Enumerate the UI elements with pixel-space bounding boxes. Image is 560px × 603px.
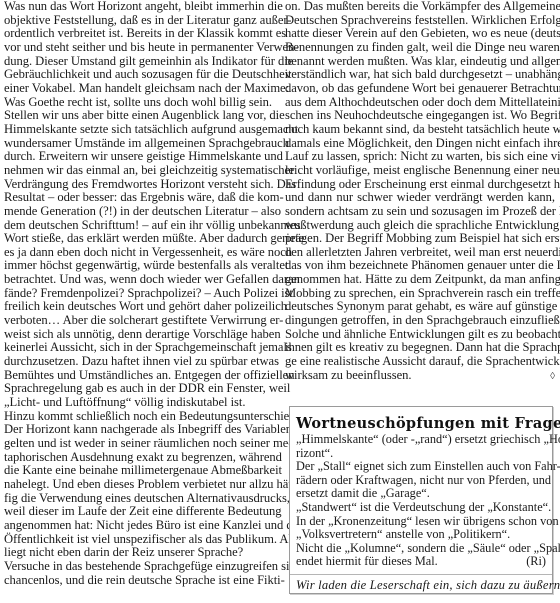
text-line: prägen. Der Begriff Mobbing zum Beispiel… — [285, 232, 555, 246]
text-line: liegt nicht eben darin der Reiz unserer … — [4, 546, 272, 560]
text-line: durch. Erweitern wir unsere geistige Him… — [4, 150, 272, 164]
text-line: wußtwerdung auch gleich die sprachliche … — [285, 219, 555, 233]
text-line: freilich kein deutsches Wort und gehört … — [4, 300, 272, 314]
text-line: rädern oder Kraftwagen, nicht nur von Pf… — [296, 474, 546, 488]
text-line: Stellen wir uns aber bitte einen Augenbl… — [4, 109, 272, 123]
text-line: betrachtet. Und was, wenn doch wieder we… — [4, 273, 272, 287]
text-line: ersetzt damit die „Garage“. — [296, 487, 546, 501]
text-line: noch kaum bekannt sind, da besteht tatsä… — [285, 123, 555, 137]
text-line: den allerletzten Jahren verbreitet, weil… — [285, 246, 555, 260]
text-line: genommen hat. Hätte zu dem Zeitpunkt, da… — [285, 273, 555, 287]
text-line: verboten… Aber die solcherart gestiftete… — [4, 314, 272, 328]
text-line: wirksam zu beeinflussen.◊ — [285, 369, 555, 383]
text-line: ihnen gilt es kreativ zu begegnen. Dann … — [285, 341, 555, 355]
text-line: taphorischen Ausdehnung exakt zu begrenz… — [4, 451, 272, 465]
end-of-article-mark: ◊ — [550, 370, 555, 384]
text-line: Resultat – oder besser: das Ergebnis wär… — [4, 191, 272, 205]
text-line: Versuche in das bestehende Sprachgefüge … — [4, 560, 272, 574]
text-line: endet hiermit für dieses Mal.(Ri) — [296, 555, 546, 569]
text-line: Himmelskante setzte sich tatsächlich auf… — [4, 123, 272, 137]
text-line: hatte dieser Verein auf den Gebieten, wo… — [285, 27, 555, 41]
text-line: Der „Stall“ eignet sich zum Einstellen a… — [296, 460, 546, 474]
text-line: „Licht- und Luftöffnung“ völlig indiskut… — [4, 396, 272, 410]
text-line: das von ihm bezeichnete Phänomen genauer… — [285, 259, 555, 273]
text-line: Sprachregelung gab es auch in der DDR ei… — [4, 382, 272, 396]
article-left-column: Was nun das Wort Horizont angeht, bleibt… — [4, 0, 272, 587]
sidebar-box-divider — [290, 574, 552, 575]
text-line: vor und steht seither und bis heute in p… — [4, 41, 272, 55]
text-line: Nicht die „Kolumne“, sondern die „Säule“… — [296, 542, 546, 556]
sidebar-box-body: „Himmelskante“ (oder -„rand“) ersetzt gr… — [296, 433, 546, 569]
text-line: Der Horizont kann nachgerade als Inbegri… — [4, 423, 272, 437]
text-line: Öffentlichkeit ist viel unspezifischer a… — [4, 533, 272, 547]
text-line: ordentlich verbreitet ist. Bereits in de… — [4, 27, 272, 41]
text-line: leicht vorläufige, meist englische Benen… — [285, 164, 555, 178]
text-line: Lauf zu lassen, sprich: Nicht zu warten,… — [285, 150, 555, 164]
text-line: die Kante eine beinahe millimetergenaue … — [4, 464, 272, 478]
text-line: fände? Fremdenpolizei? Sprachpolizei? – … — [4, 287, 272, 301]
text-line: Wort stieße, das erklärt werden müßte. A… — [4, 232, 272, 246]
text-line: damals eine Möglichkeit, den Dingen nich… — [285, 137, 555, 151]
text-line: „Himmelskante“ (oder -„rand“) ersetzt gr… — [296, 433, 546, 447]
text-line: einer Vokabel. Man handelt gleichsam nac… — [4, 82, 272, 96]
text-line: Bemühtes und Umständliches an. Entgegen … — [4, 369, 272, 383]
text-line: angenommen hat: Nicht jedes Büro ist ein… — [4, 519, 272, 533]
text-line: keinerlei Aussicht, sich in der Sprachge… — [4, 341, 272, 355]
reader-invitation: Wir laden die Leserschaft ein, sich dazu… — [296, 578, 546, 593]
text-line: In der „Kronenzeitung“ lesen wir übrigen… — [296, 515, 546, 529]
text-line: chancenlos, und die rein deutsche Sprach… — [4, 574, 272, 588]
text-line: nahelegt. Und eben dieses Problem verbie… — [4, 478, 272, 492]
text-line: weist sich als unnötig, denn derartige V… — [4, 328, 272, 342]
article-right-column: on. Das mußten bereits die Vorkämpfer de… — [285, 0, 555, 383]
author-signature: (Ri) — [526, 555, 546, 569]
text-line: davon, ob das gefundene Wort bei genauer… — [285, 82, 555, 96]
text-line: Hinzu kommt schließlich noch ein Bedeutu… — [4, 410, 272, 424]
text-line: es ja dann eben doch nicht in Vergessenh… — [4, 246, 272, 260]
text-line: benannt werden mußten. Was klar, eindeut… — [285, 55, 555, 69]
text-line: „Volksvertretern“ anstelle von „Politike… — [296, 528, 546, 542]
text-line: Gebräuchlichkeit und auch sozusagen für … — [4, 68, 272, 82]
text-line: wundersamer Umstände im allgemeinen Spra… — [4, 137, 272, 151]
text-line: dem deutschen Schrifttum! – auf ein ihr … — [4, 219, 272, 233]
text-line: schen ins Neuhochdeutsche eingegangen is… — [285, 109, 555, 123]
text-line: Was nun das Wort Horizont angeht, bleibt… — [4, 0, 272, 14]
text-line: Benennungen zu finden galt, weil die Din… — [285, 41, 555, 55]
text-line: und dann nur schwer wieder verdrängt wer… — [285, 191, 555, 205]
text-line: dingungen getroffen, in den Sprachgebrau… — [285, 314, 555, 328]
text-line: aus dem Althochdeutschen oder doch dem M… — [285, 96, 555, 110]
text-line: ge eine realistische Aussicht darauf, di… — [285, 355, 555, 369]
text-line: Erfindung oder Erscheinung erst einmal d… — [285, 178, 555, 192]
text-line: gelten und ist weder in seiner räumliche… — [4, 437, 272, 451]
text-line: mende Generation (?!) in der deutschen L… — [4, 205, 272, 219]
text-line: Verdrängung des Fremdwortes Horizont ver… — [4, 178, 272, 192]
text-line: verständlich war, hat sich bald durchges… — [285, 68, 555, 82]
text-line: deutsches Synonym parat gehabt, es wäre … — [285, 300, 555, 314]
text-line: „Standwert“ ist die Verdeutschung der „K… — [296, 501, 546, 515]
text-line: weil dieser im Laufe der Zeit eine diffe… — [4, 505, 272, 519]
text-line: Was Goethe recht ist, sollte uns doch wo… — [4, 96, 272, 110]
text-line: sondern achtsam zu sein und sozusagen im… — [285, 205, 555, 219]
text-line: Deutschen Sprachvereins feststellen. Wir… — [285, 14, 555, 28]
text-line: Solche und ähnliche Entwicklungen gilt e… — [285, 328, 555, 342]
text-line: nehmen wir das einmal an, bei gleichzeit… — [4, 164, 272, 178]
text-line: dung. Dieser Umstand gilt gemeinhin als … — [4, 55, 272, 69]
sidebar-box-title: Wortneuschöpfungen mit Fragezeichen — [296, 415, 546, 432]
text-line: immer höchst gegenwärtig, würde bestenfa… — [4, 259, 272, 273]
text-line: rizont“. — [296, 447, 546, 461]
sidebar-box-word-coinages: Wortneuschöpfungen mit Fragezeichen „Him… — [289, 406, 553, 594]
text-line: fig die Verwendung eines deutschen Alter… — [4, 492, 272, 506]
text-line: Mobbing zu sprechen, ein Sprachverein ra… — [285, 287, 555, 301]
text-line: on. Das mußten bereits die Vorkämpfer de… — [285, 0, 555, 14]
text-line: objektive Feststellung, daß es in der Li… — [4, 14, 272, 28]
text-line: durchzusetzen. Dazu haftet ihnen viel zu… — [4, 355, 272, 369]
